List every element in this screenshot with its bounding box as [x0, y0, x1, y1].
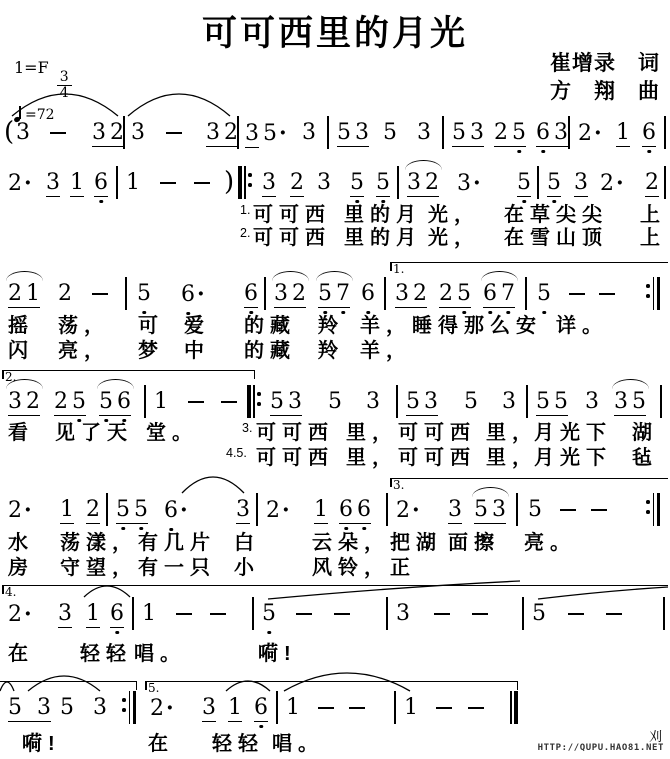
lyric: 梦 — [138, 334, 164, 363]
note-char: 5 — [632, 389, 646, 415]
note-char: 3 — [92, 120, 106, 146]
barline — [386, 597, 388, 630]
barline — [384, 277, 386, 310]
note-char: 5 — [517, 170, 531, 196]
note: 25 — [494, 120, 526, 147]
barline — [526, 385, 528, 418]
note-char: 3 — [492, 497, 506, 523]
watermark-url[interactable]: HTTP://QUPU.HAO81.NET — [538, 743, 664, 753]
note: 3 — [93, 695, 107, 721]
note: 5 — [262, 601, 276, 627]
note-char: 2 — [600, 171, 614, 197]
dash — [160, 170, 178, 196]
note: 3 — [58, 601, 72, 628]
note: 5 — [60, 695, 74, 721]
note-char: 6 — [181, 282, 195, 308]
note-char: 3 — [274, 281, 288, 307]
note-char: 1 — [60, 497, 74, 523]
note-char: 3 — [58, 601, 72, 627]
note-char: 3 — [448, 497, 462, 523]
note-char: · — [24, 497, 32, 523]
dash — [568, 601, 586, 627]
note-char: 1 — [86, 601, 100, 627]
note-char: 6 — [94, 170, 108, 196]
note-char: 5 — [99, 389, 113, 415]
repeat-close — [646, 493, 660, 526]
lyric: 详。 — [556, 309, 608, 338]
parenthesis: ) — [224, 167, 234, 197]
note-char: 5 — [512, 120, 526, 146]
note-char: 1 — [228, 695, 242, 721]
note: 5 — [328, 389, 342, 415]
note: 5 — [464, 389, 478, 415]
note: 53 — [406, 389, 438, 416]
note: 5 — [532, 601, 546, 627]
note: 5 3 — [8, 695, 51, 722]
note-char: 1 — [26, 281, 40, 307]
dash — [318, 695, 336, 721]
note: 3 — [585, 389, 599, 415]
note: 5 — [376, 170, 390, 197]
lyric: 唱。 — [272, 727, 324, 756]
note-char: 6 — [642, 120, 656, 146]
barline — [132, 597, 134, 630]
verse-number: 3. — [242, 421, 252, 435]
note-char: 5 — [72, 389, 86, 415]
dash — [92, 281, 110, 307]
note-char: 5 — [554, 389, 568, 415]
note: 2 — [645, 170, 659, 197]
note: 3 — [46, 170, 60, 197]
verse-number: 1. — [240, 203, 250, 217]
lyric: 闪 — [8, 334, 34, 363]
dash — [468, 695, 486, 721]
final-barline — [510, 691, 518, 724]
volta-bracket: 2. — [2, 370, 255, 380]
note-char: 2 — [54, 389, 68, 415]
barline — [116, 166, 118, 199]
note: 5 — [350, 170, 364, 197]
lyric: 面擦 — [448, 526, 500, 555]
lyric: 羚 — [318, 334, 344, 363]
note: 53 — [337, 120, 369, 147]
note-char: 2 — [290, 170, 304, 196]
note: 2· — [8, 497, 32, 523]
credits: 崔增录 词 方 翔 曲 — [550, 50, 660, 106]
note-char: 5 — [547, 170, 561, 196]
lyric: 毡 — [632, 441, 658, 470]
note-char: 3 — [16, 120, 30, 146]
lyric: 里，可可西 — [346, 441, 476, 470]
note: 3 — [302, 120, 316, 146]
note-char: 5 — [328, 389, 342, 415]
note-char: 3 — [574, 170, 588, 196]
note-char: 5 — [263, 121, 277, 147]
note-char: 2 — [8, 498, 22, 524]
note-char: 5 — [474, 497, 488, 523]
note: 2· — [8, 170, 32, 196]
lyric: 嗬! — [22, 727, 61, 756]
lyric: 上 — [640, 221, 666, 250]
verse-number: 2. — [240, 226, 250, 240]
note-char: 3 — [366, 389, 380, 415]
note: 32 — [92, 120, 124, 147]
lyric: 小 — [234, 551, 260, 580]
note-char: 5 — [452, 120, 466, 146]
note-char: · — [24, 170, 32, 196]
note-char: 3 — [236, 497, 250, 523]
barline — [256, 493, 258, 526]
note: 6· — [164, 497, 188, 523]
note: 5 — [537, 281, 551, 307]
note: 3 — [574, 170, 588, 197]
barline — [106, 493, 108, 526]
note: 3· — [457, 170, 481, 196]
key-label: 1=F — [14, 58, 49, 77]
note-char: 3 — [396, 601, 410, 627]
lyric: 轻轻 — [212, 727, 264, 756]
note-char: 5 — [464, 389, 478, 415]
note: 3 — [202, 695, 216, 722]
note-char: 5 — [318, 281, 332, 307]
note: 5 — [517, 170, 531, 197]
key-signature-block: 1=F34 =72 — [14, 58, 72, 123]
note-char: 2 — [494, 120, 508, 146]
note-char: 1 — [616, 120, 630, 146]
note-char: 3 — [424, 389, 438, 415]
note: 3 — [366, 389, 380, 415]
note: 2 — [290, 170, 304, 197]
note-char: 1 — [142, 601, 156, 627]
note-char: 6 — [117, 389, 131, 415]
lyric: 看 — [8, 416, 34, 445]
note: 1 — [86, 601, 100, 628]
note-char: 2 — [86, 497, 100, 523]
note-char: 6 — [536, 120, 550, 146]
note-char: 2 — [413, 281, 427, 307]
note: 35 — [614, 389, 646, 416]
note-char: 5 — [383, 120, 397, 146]
dash — [210, 601, 228, 627]
note-char: 6 — [244, 281, 258, 307]
note-char: · — [616, 170, 624, 196]
barline — [276, 691, 278, 724]
note: 3 — [502, 389, 516, 415]
note: 3 — [396, 601, 410, 627]
dash — [194, 170, 212, 196]
note-char: 5 — [134, 497, 148, 523]
barline — [397, 166, 399, 199]
note: 5 — [547, 170, 561, 197]
note-char: 3 — [585, 389, 599, 415]
barline — [663, 597, 665, 630]
note-char: 1 — [126, 170, 140, 196]
lyric: 守望，有一只 — [60, 551, 216, 580]
time-beat-unit: 4 — [57, 85, 72, 101]
note-char: 2 — [645, 170, 659, 196]
barline — [442, 116, 444, 149]
note-char: 1 — [70, 170, 84, 196]
note-char: 7 — [336, 281, 350, 307]
note-char: 5 — [406, 389, 420, 415]
note-char: 3 — [262, 170, 276, 196]
note: 2· — [578, 120, 602, 146]
barline — [660, 385, 662, 418]
note-char: 3 — [302, 120, 316, 146]
note: 2 — [86, 497, 100, 524]
barline — [144, 385, 146, 418]
volta-label: 4. — [5, 586, 18, 598]
lyric: 羊， — [360, 334, 412, 363]
note: 3 — [448, 497, 462, 524]
volta-bracket: 1. — [390, 262, 668, 272]
note-char: 2 — [292, 281, 306, 307]
note: 2 — [58, 281, 72, 307]
note: 21 — [8, 281, 40, 308]
note-char: · — [412, 497, 420, 523]
dash — [296, 601, 314, 627]
note: 2· — [150, 695, 174, 721]
note-char: 2 — [266, 498, 280, 524]
note: 5 — [383, 120, 397, 146]
lyric: 亮， — [58, 334, 110, 363]
note: 3 — [317, 170, 331, 196]
dash — [334, 601, 352, 627]
note-char: · — [180, 497, 188, 523]
note-char: 6 — [254, 695, 268, 721]
note: 1 — [314, 497, 328, 524]
dash — [176, 601, 194, 627]
barline — [522, 597, 524, 630]
lyric: 月光下 — [534, 441, 612, 470]
barline — [264, 277, 266, 310]
barline — [125, 277, 127, 310]
note-char: 5 — [262, 601, 276, 627]
time-signature: 34 — [57, 70, 72, 101]
note-char: 1 — [154, 389, 168, 415]
note-char: 5 — [270, 389, 284, 415]
note: 1 — [70, 170, 84, 197]
note-char: 2 — [8, 602, 22, 628]
note-char: · — [473, 170, 481, 196]
barline — [537, 166, 539, 199]
repeat-open — [238, 166, 252, 199]
note-char: 5 — [536, 389, 550, 415]
note: 63 — [536, 120, 568, 147]
repeat-open — [247, 385, 261, 418]
note: 53 — [452, 120, 484, 147]
note: 3 — [16, 120, 30, 146]
note: 53 — [474, 497, 506, 524]
note-char: 2 — [110, 120, 124, 146]
barline — [237, 116, 239, 149]
note-char: 3 — [37, 695, 51, 721]
note-char: · — [282, 497, 290, 523]
lyric: 在 — [148, 727, 174, 756]
volta-bracket: 3. — [390, 478, 668, 488]
note-char: 5 — [116, 497, 130, 523]
note: 55 — [536, 389, 568, 416]
note-char: 7 — [501, 281, 515, 307]
dash — [188, 389, 206, 415]
barline — [525, 277, 527, 310]
volta-bracket: 5. — [145, 681, 518, 691]
note-char: 3 — [355, 120, 369, 146]
song-title: 可可西里的月光 — [0, 6, 670, 56]
note: 3 — [417, 120, 431, 146]
barline — [394, 691, 396, 724]
note-char: 3 — [317, 170, 331, 196]
note: 1 — [404, 695, 418, 721]
note-char: 6 — [361, 281, 375, 307]
note-char: 3 — [554, 120, 568, 146]
time-beats: 3 — [57, 70, 72, 85]
note: 1 — [616, 120, 630, 147]
note-char: · — [166, 695, 174, 721]
barline — [396, 385, 398, 418]
note-char: 3 — [46, 170, 60, 196]
quarter-note-icon — [14, 106, 23, 121]
dash — [472, 601, 490, 627]
note: 1 — [60, 497, 74, 524]
note: 1 — [228, 695, 242, 722]
note: 3 — [262, 170, 276, 197]
note-char: 6 — [110, 601, 124, 627]
note: 2· — [266, 497, 290, 523]
note: 53 — [270, 389, 302, 416]
note: 3 — [131, 120, 145, 146]
repeat-close — [122, 691, 136, 724]
dash — [166, 120, 184, 146]
dash — [560, 497, 578, 523]
note-char: 3 — [395, 281, 409, 307]
note-char: 3 — [202, 695, 216, 721]
note-char: 3 — [245, 121, 259, 148]
barline — [252, 597, 254, 630]
note-char: 6 — [483, 281, 497, 307]
note-char: 2 — [224, 120, 238, 146]
dash — [606, 601, 624, 627]
note-char: 2 — [150, 696, 164, 722]
note-char: 3 — [288, 389, 302, 415]
volta-bracket: 4. — [2, 585, 668, 595]
note-char: 2 — [58, 281, 72, 307]
note-char: 5 — [376, 170, 390, 196]
note-char: 1 — [286, 695, 300, 721]
lyric: 嗬! — [258, 637, 297, 666]
lyricist-credit: 崔增录 词 — [550, 50, 660, 78]
lyric: 里， — [486, 441, 538, 470]
dash — [221, 389, 239, 415]
note-char: · — [24, 601, 32, 627]
note-char: · — [279, 120, 287, 146]
lyric: 里的月 — [344, 221, 422, 250]
note-char: 1 — [314, 497, 328, 523]
note: 6 — [94, 170, 108, 197]
note: 66 — [339, 497, 371, 524]
barline — [568, 116, 570, 149]
lyric: 风铃，正 — [312, 551, 416, 580]
note: 6· — [181, 281, 205, 307]
volta-label: 1. — [393, 263, 406, 275]
note: 32 — [8, 389, 40, 416]
note-char: 3 — [407, 170, 421, 196]
note: 2· — [396, 497, 420, 523]
note: 1 — [142, 601, 156, 627]
note: 32 — [206, 120, 238, 147]
lyric: 可可西 — [253, 221, 331, 250]
dash — [436, 695, 454, 721]
note: 55 — [116, 497, 148, 524]
note: 35· — [245, 120, 287, 146]
dash — [349, 695, 367, 721]
lyric: 在 — [8, 637, 34, 666]
note-char: 2 — [439, 281, 453, 307]
note: 56 — [99, 389, 131, 416]
note: 2· — [8, 601, 32, 627]
note-char: 2 — [396, 498, 410, 524]
lyric: 亮。 — [524, 526, 576, 555]
note: 67 — [483, 281, 515, 308]
note-char: 5 — [532, 601, 546, 627]
note: 25 — [439, 281, 471, 308]
lyric: 房 — [8, 551, 34, 580]
lyric: 见了天 — [55, 416, 133, 445]
note-char: 2 — [26, 389, 40, 415]
note: 1 — [126, 170, 140, 196]
note-char — [26, 695, 33, 721]
note-char: 5 — [457, 281, 471, 307]
note-char: 3 — [417, 120, 431, 146]
lyric: 轻轻 — [80, 637, 132, 666]
volta-bracket — [0, 681, 137, 691]
volta-label: 5. — [148, 682, 161, 694]
note-char: 3 — [457, 171, 471, 197]
lyric: 在雪山顶 — [504, 221, 608, 250]
note-char: 5 — [60, 695, 74, 721]
note-char: 3 — [93, 695, 107, 721]
note: 3 — [236, 497, 250, 524]
note-char: 5 — [8, 695, 22, 721]
lyric: 可可西 — [256, 441, 334, 470]
note-char: 5 — [337, 120, 351, 146]
volta-label: 3. — [393, 479, 406, 491]
note-char: 5 — [537, 281, 551, 307]
note: 32 — [395, 281, 427, 308]
repeat-close — [646, 277, 660, 310]
lyric: 的藏 — [244, 334, 296, 363]
barline — [664, 116, 666, 149]
note: 25 — [54, 389, 86, 416]
note-char: 3 — [614, 389, 628, 415]
note-char: 3 — [206, 120, 220, 146]
note-char: 3 — [502, 389, 516, 415]
note: 6 — [110, 601, 124, 628]
dash — [591, 497, 609, 523]
note: 57 — [318, 281, 350, 308]
dash — [599, 281, 617, 307]
note-char: 6 — [339, 497, 353, 523]
dash — [569, 281, 587, 307]
note: 5 — [528, 497, 542, 523]
note: 6 — [642, 120, 656, 147]
lyric: 中 — [184, 334, 210, 363]
lyric: 唱。 — [134, 637, 186, 666]
note-char: 5 — [528, 497, 542, 523]
composer-credit: 方 翔 曲 — [550, 78, 660, 106]
note-char: 6 — [357, 497, 371, 523]
barline — [327, 116, 329, 149]
